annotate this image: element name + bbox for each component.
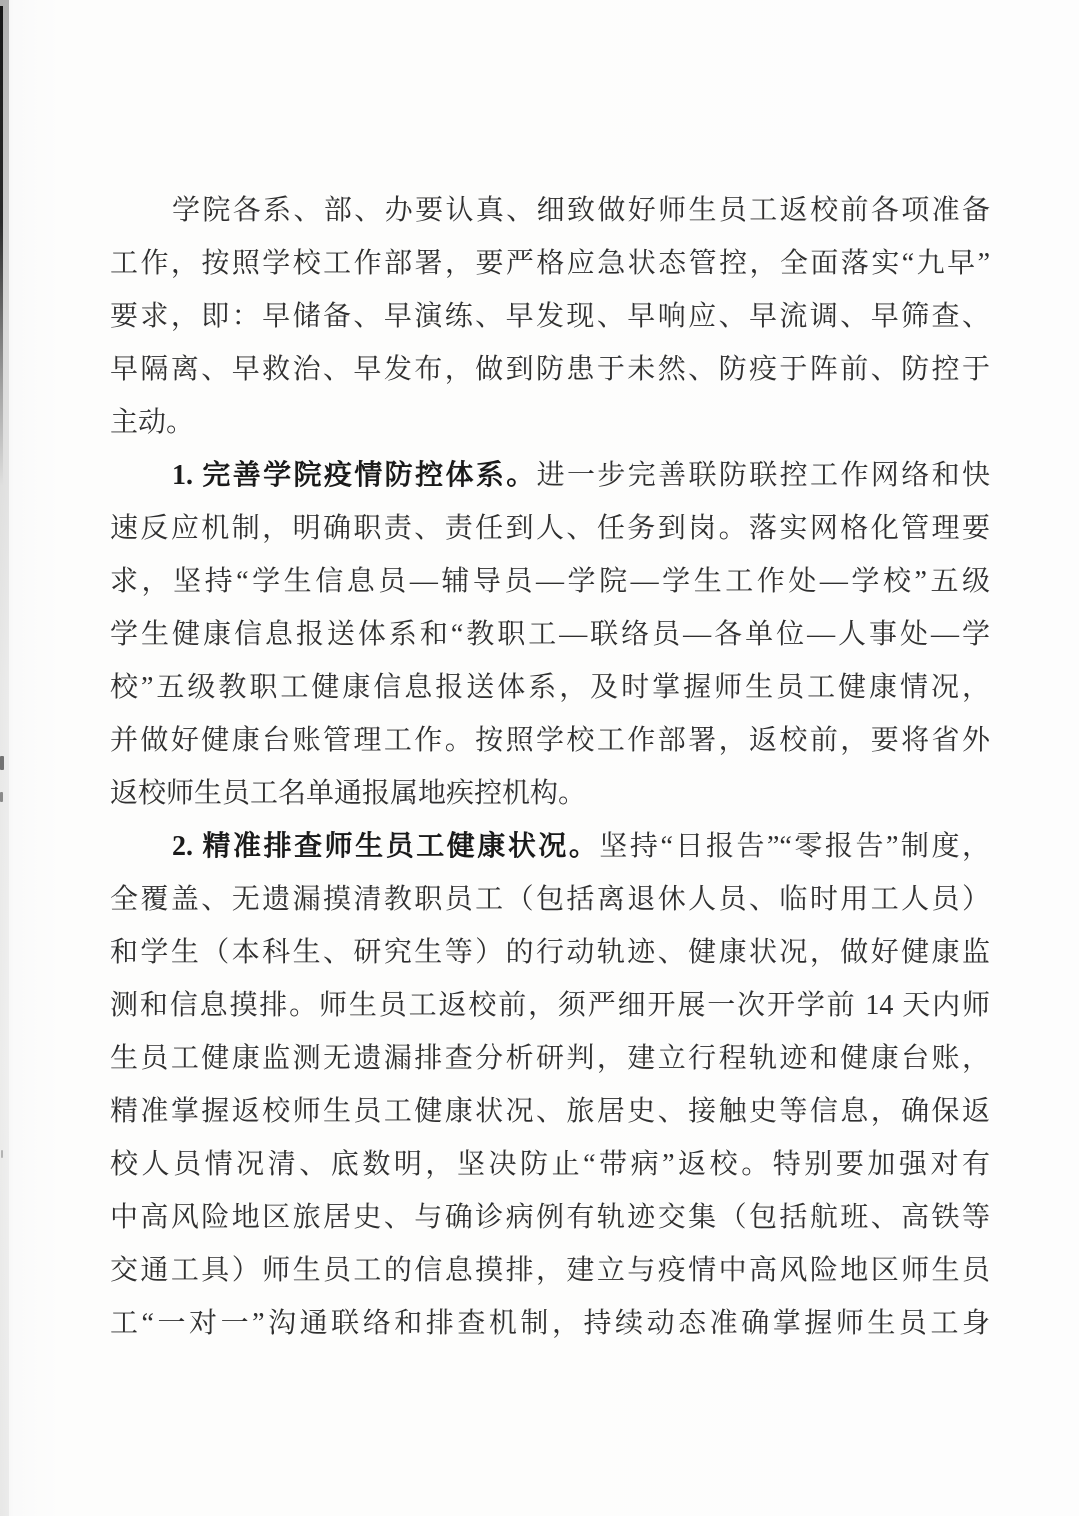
text-line: 和学生（本科生、研究生等）的行动轨迹、健康状况，做好健康监 (110, 926, 990, 979)
scan-speck (0, 792, 3, 802)
text-line: 中高风险地区旅居史、与确诊病例有轨迹交集（包括航班、高铁等 (110, 1191, 990, 1244)
text-line: 2. 精准排查师生员工健康状况。坚持“日报告”“零报告”制度， (110, 820, 990, 873)
paragraph-section-1: 1. 完善学院疫情防控体系。进一步完善联防联控工作网络和快 速反应机制，明确职责… (110, 449, 990, 820)
text-line: 工作，按照学校工作部署，要严格应急状态管控，全面落实“九早” (110, 237, 990, 290)
text-line: 求，坚持“学生信息员—辅导员—学院—学生工作处—学校”五级 (110, 555, 990, 608)
section-1-first-line-text: 进一步完善联防联控工作网络和快 (537, 460, 990, 491)
section-2-first-line-text: 坚持“日报告”“零报告”制度， (599, 831, 990, 862)
text-line: 校人员情况清、底数明，坚决防止“带病”返校。特别要加强对有 (110, 1138, 990, 1191)
scan-speck (0, 756, 4, 770)
scan-speck (1, 1150, 3, 1158)
text-line: 测和信息摸排。师生员工返校前，须严细开展一次开学前 14 天内师 (110, 979, 990, 1032)
text-line: 主动。 (110, 396, 990, 449)
text-line: 1. 完善学院疫情防控体系。进一步完善联防联控工作网络和快 (110, 449, 990, 502)
text-line: 速反应机制，明确职责、责任到人、任务到岗。落实网格化管理要 (110, 502, 990, 555)
text-line: 全覆盖、无遗漏摸清教职员工（包括离退休人员、临时用工人员） (110, 873, 990, 926)
section-1-heading: 1. 完善学院疫情防控体系。 (172, 460, 537, 491)
text-line: 学院各系、部、办要认真、细致做好师生员工返校前各项准备 (110, 184, 990, 237)
text-line: 精准掌握返校师生员工健康状况、旅居史、接触史等信息，确保返 (110, 1085, 990, 1138)
text-line: 交通工具）师生员工的信息摸排，建立与疫情中高风险地区师生员 (110, 1244, 990, 1297)
text-line: 并做好健康台账管理工作。按照学校工作部署，返校前，要将省外 (110, 714, 990, 767)
paragraph-section-2: 2. 精准排查师生员工健康状况。坚持“日报告”“零报告”制度， 全覆盖、无遗漏摸… (110, 820, 990, 1350)
section-2-heading: 2. 精准排查师生员工健康状况。 (172, 831, 599, 862)
text-line: 要求，即：早储备、早演练、早发现、早响应、早流调、早筛查、 (110, 290, 990, 343)
text-line: 返校师生员工名单通报属地疾控机构。 (110, 767, 990, 820)
text-line: 校”五级教职工健康信息报送体系，及时掌握师生员工健康情况， (110, 661, 990, 714)
text-line: 早隔离、早救治、早发布，做到防患于未然、防疫于阵前、防控于 (110, 343, 990, 396)
scanned-document-page: 学院各系、部、办要认真、细致做好师生员工返校前各项准备 工作，按照学校工作部署，… (0, 0, 1079, 1516)
document-text-block: 学院各系、部、办要认真、细致做好师生员工返校前各项准备 工作，按照学校工作部署，… (110, 184, 990, 1350)
text-line: 生员工健康监测无遗漏排查分析研判，建立行程轨迹和健康台账， (110, 1032, 990, 1085)
text-line: 工“一对一”沟通联络和排查机制，持续动态准确掌握师生员工身 (110, 1297, 990, 1350)
scan-left-edge-dark-line (0, 6, 3, 486)
text-line: 学生健康信息报送体系和“教职工—联络员—各单位—人事处—学 (110, 608, 990, 661)
paragraph-intro: 学院各系、部、办要认真、细致做好师生员工返校前各项准备 工作，按照学校工作部署，… (110, 184, 990, 449)
